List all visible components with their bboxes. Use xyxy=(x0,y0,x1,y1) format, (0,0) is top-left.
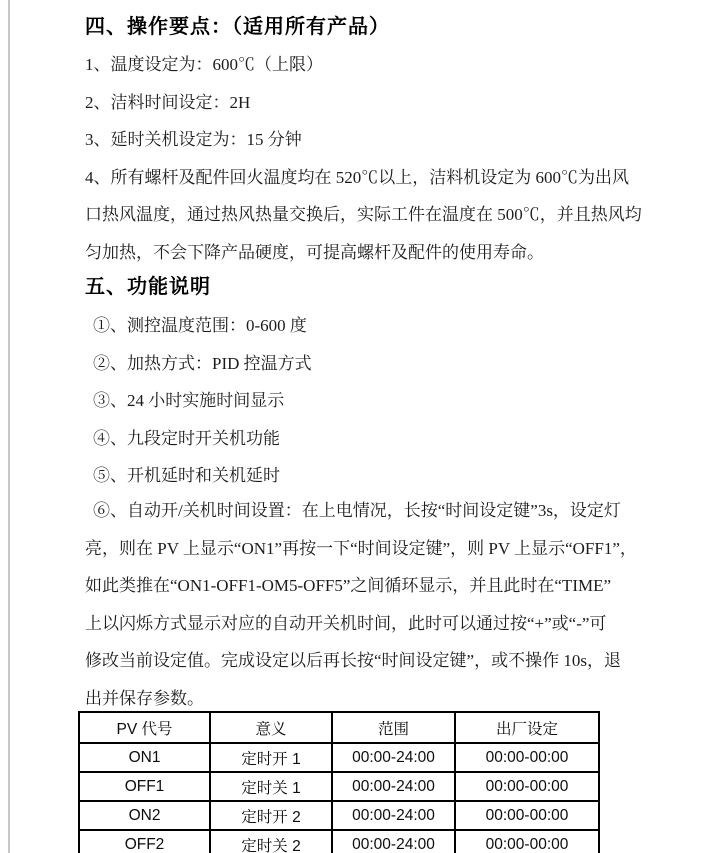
section-5-feature-list: ①、测控温度范围：0-600 度 ②、加热方式：PID 控温方式 ③、24 小时… xyxy=(93,307,668,495)
cell-range: 00:00-24:00 xyxy=(332,830,455,853)
cell-meaning: 定时关 1 xyxy=(210,772,332,801)
feature-item-3: ③、24 小时实施时间显示 xyxy=(93,382,668,420)
table-row: OFF1 定时关 1 00:00-24:00 00:00-00:00 xyxy=(79,772,599,801)
section-4-paragraph-line-3: 匀加热，不会下降产品硬度，可提高螺杆及配件的使用寿命。 xyxy=(85,234,660,272)
feature-6-line-5: 修改当前设定值。完成设定以后再长按“时间设定键”，或不操作 10s，退 xyxy=(85,642,660,680)
feature-item-5: ⑤、开机延时和关机延时 xyxy=(93,457,668,495)
table-header-row: PV 代号 意义 范围 出厂设定 xyxy=(79,712,599,743)
page-left-edge-divider xyxy=(8,0,10,853)
pv-code-table: PV 代号 意义 范围 出厂设定 ON1 定时开 1 00:00-24:00 0… xyxy=(78,711,600,853)
cell-range: 00:00-24:00 xyxy=(332,772,455,801)
feature-6-line-2: 亮，则在 PV 上显示“ON1”再按一下“时间设定键”，则 PV 上显示“OFF… xyxy=(85,530,660,568)
section-4-heading: 四、操作要点：（适用所有产品） xyxy=(85,10,390,39)
feature-item-6-paragraph: ⑥、自动开/关机时间设置：在上电情况，长按“时间设定键”3s，设定灯 亮，则在 … xyxy=(85,492,660,717)
cell-factory-setting: 00:00-00:00 xyxy=(455,830,599,853)
table-row: ON2 定时开 2 00:00-24:00 00:00-00:00 xyxy=(79,801,599,830)
feature-item-4: ④、九段定时开关机功能 xyxy=(93,420,668,458)
feature-6-line-3: 如此类推在“ON1-OFF1-OM5-OFF5”之间循环显示，并且此时在“TIM… xyxy=(85,567,660,605)
cell-meaning: 定时开 2 xyxy=(210,801,332,830)
feature-6-line-1: ⑥、自动开/关机时间设置：在上电情况，长按“时间设定键”3s，设定灯 xyxy=(85,492,660,530)
document-page: 四、操作要点：（适用所有产品） 1、温度设定为：600℃（上限） 2、洁料时间设… xyxy=(0,0,708,853)
section-4-item-3: 3、延时关机设定为：15 分钟 xyxy=(85,121,660,159)
cell-pv-code: ON2 xyxy=(79,801,210,830)
table-row: OFF2 定时关 2 00:00-24:00 00:00-00:00 xyxy=(79,830,599,853)
feature-item-2: ②、加热方式：PID 控温方式 xyxy=(93,345,668,383)
section-4-item-1: 1、温度设定为：600℃（上限） xyxy=(85,46,660,84)
cell-meaning: 定时关 2 xyxy=(210,830,332,853)
feature-item-1: ①、测控温度范围：0-600 度 xyxy=(93,307,668,345)
header-range: 范围 xyxy=(332,712,455,743)
cell-range: 00:00-24:00 xyxy=(332,743,455,772)
cell-range: 00:00-24:00 xyxy=(332,801,455,830)
cell-pv-code: OFF2 xyxy=(79,830,210,853)
section-4-paragraph-line-2: 口热风温度，通过热风热量交换后，实际工件在温度在 500℃，并且热风均 xyxy=(85,196,660,234)
cell-factory-setting: 00:00-00:00 xyxy=(455,772,599,801)
cell-meaning: 定时开 1 xyxy=(210,743,332,772)
section-5-heading: 五、功能说明 xyxy=(85,270,211,299)
cell-pv-code: OFF1 xyxy=(79,772,210,801)
header-meaning: 意义 xyxy=(210,712,332,743)
section-4-body: 1、温度设定为：600℃（上限） 2、洁料时间设定：2H 3、延时关机设定为：1… xyxy=(85,46,660,271)
header-factory-setting: 出厂设定 xyxy=(455,712,599,743)
section-4-paragraph-line-1: 4、所有螺杆及配件回火温度均在 520℃以上，洁料机设定为 600℃为出风 xyxy=(85,159,660,197)
feature-6-line-4: 上以闪烁方式显示对应的自动开关机时间，此时可以通过按“+”或“-”可 xyxy=(85,605,660,643)
header-pv-code: PV 代号 xyxy=(79,712,210,743)
cell-factory-setting: 00:00-00:00 xyxy=(455,801,599,830)
cell-factory-setting: 00:00-00:00 xyxy=(455,743,599,772)
section-4-item-2: 2、洁料时间设定：2H xyxy=(85,84,660,122)
table-row: ON1 定时开 1 00:00-24:00 00:00-00:00 xyxy=(79,743,599,772)
cell-pv-code: ON1 xyxy=(79,743,210,772)
